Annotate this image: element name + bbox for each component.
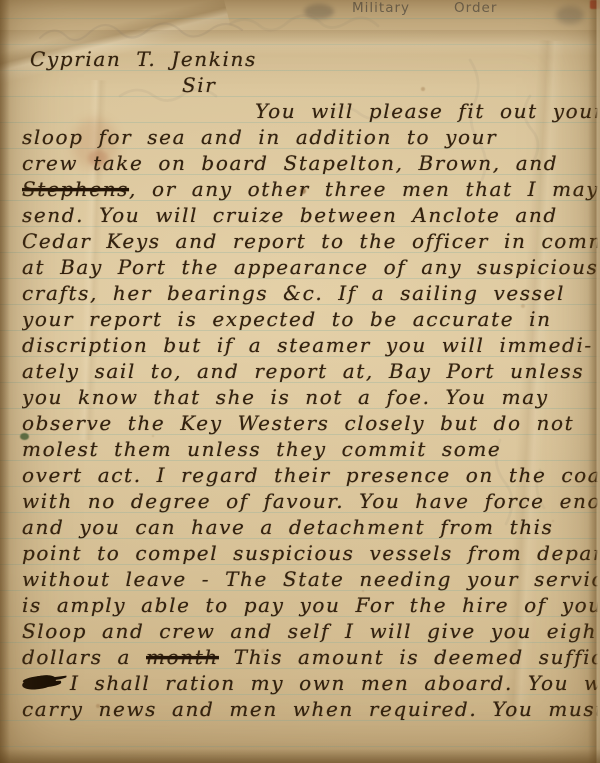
letter-line: discription but if a steamer you will im… — [22, 332, 598, 358]
graphite-smudge — [304, 4, 334, 19]
letter-line: send. You will cruize between Anclote an… — [22, 202, 598, 228]
letter-text-segment: sloop for sea and in addition to your — [22, 125, 497, 149]
letter-line: ately sail to, and report at, Bay Port u… — [22, 358, 598, 384]
letter-text-segment: and you can have a detachment from this — [22, 515, 554, 539]
letter-line: I shall ration my own men aboard. You wi… — [22, 670, 598, 696]
letter-text-segment: without leave - The State needing your s… — [22, 567, 598, 591]
paper-edge — [0, 749, 600, 763]
salutation: Sir — [182, 73, 216, 97]
letter-text-segment: Cedar Keys and report to the officer in … — [22, 229, 598, 253]
letter-line: is amply able to pay you For the hire of… — [22, 592, 598, 618]
letter-line: dollars a month This amount is deemed su… — [22, 644, 598, 670]
letter-line: StephensPeterson, or any other three men… — [22, 176, 598, 202]
letter-line: overt act. I regard their presence on th… — [22, 462, 598, 488]
letter-line: carry news and men when required. You mu… — [22, 696, 598, 722]
struck-word: month — [146, 645, 219, 669]
letter-line: Sir — [22, 72, 598, 98]
paper-edge — [0, 0, 10, 763]
letter-text-segment: send. You will cruize between Anclote an… — [22, 203, 558, 227]
letter-text-segment: ately sail to, and report at, Bay Port u… — [22, 359, 584, 383]
letter-text-segment: , or any other three men that I may — [129, 177, 598, 201]
letter-text-segment: molest them unless they commit some — [22, 437, 501, 461]
letter-line: your report is expected to be accurate i… — [22, 306, 598, 332]
letter-text-segment: dollars a — [22, 645, 146, 669]
letter-line: at Bay Port the appearance of any suspic… — [22, 254, 598, 280]
letter-text-segment: crew take on board Stapelton, Brown, and — [22, 151, 558, 175]
letter-text-segment: is amply able to pay you For the hire of… — [22, 593, 598, 617]
recipient-name: Cyprian T. Jenkins — [30, 47, 257, 71]
letter-text-segment: point to compel suspicious vessels from … — [22, 541, 598, 565]
letter-body: You will please fit out yoursloop for se… — [22, 98, 598, 722]
letter-text-segment: your report is expected to be accurate i… — [22, 307, 552, 331]
pencil-annotation: Military Order — [352, 0, 497, 16]
ink-blot — [22, 674, 57, 691]
letter-line: molest them unless they commit some — [22, 436, 598, 462]
graphite-smudge — [556, 6, 584, 24]
letter-text-segment: with no degree of favour. You have force… — [22, 489, 598, 513]
letter-line: point to compel suspicious vessels from … — [22, 540, 598, 566]
letter-text-segment: observe the Key Westers closely but do n… — [22, 411, 574, 435]
letter-text-segment: overt act. I regard their presence on th… — [22, 463, 598, 487]
letter-text-segment: carry news and men when required. You mu… — [22, 697, 598, 721]
pencil-annotation-word: Military — [352, 0, 410, 16]
letter-line: and you can have a detachment from this — [22, 514, 598, 540]
letter-line: crew take on board Stapelton, Brown, and — [22, 150, 598, 176]
letter-line: Cyprian T. Jenkins — [22, 46, 598, 72]
letter-line: You will please fit out your — [22, 98, 598, 124]
corrected-word: StephensPeterson — [22, 176, 129, 202]
letter-line: Cedar Keys and report to the officer in … — [22, 228, 598, 254]
pencil-annotation-word: Order — [454, 0, 497, 16]
letter-line: crafts, her bearings &c. If a sailing ve… — [22, 280, 598, 306]
letter-text-segment: This amount is deemed sufficient — [219, 645, 598, 669]
letter-line: sloop for sea and in addition to your — [22, 124, 598, 150]
letter-line: Sloop and crew and self I will give you … — [22, 618, 598, 644]
struck-word: Stephens — [22, 177, 129, 201]
letter-line: you know that she is not a foe. You may — [22, 384, 598, 410]
scanned-letter-page: Military Order Cyprian T. Jenkins Sir Yo… — [0, 0, 600, 763]
letter-text-segment: discription but if a steamer you will im… — [22, 333, 593, 357]
letter-line: without leave - The State needing your s… — [22, 566, 598, 592]
letter-line: observe the Key Westers closely but do n… — [22, 410, 598, 436]
letter-text-segment: You will please fit out your — [255, 99, 598, 123]
letter-line: with no degree of favour. You have force… — [22, 488, 598, 514]
letter-text-segment: Sloop and crew and self I will give you … — [22, 619, 598, 643]
paper-edge — [588, 0, 600, 763]
letter-text: Cyprian T. Jenkins Sir You will please f… — [22, 46, 598, 722]
letter-text-segment: crafts, her bearings &c. If a sailing ve… — [22, 281, 565, 305]
letter-text-segment: at Bay Port the appearance of any suspic… — [22, 255, 598, 279]
letter-text-segment: I shall ration my own men aboard. You wi… — [70, 671, 598, 695]
letter-text-segment: you know that she is not a foe. You may — [22, 385, 549, 409]
